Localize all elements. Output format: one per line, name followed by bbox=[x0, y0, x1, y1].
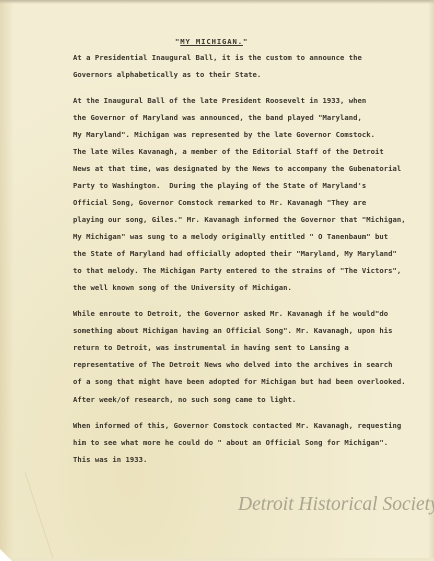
paragraph-2-line-1: At the Inaugural Ball of the late Presid… bbox=[73, 96, 366, 106]
paragraph-2-line-8: playing our song, Giles." Mr. Kavanagh i… bbox=[73, 215, 406, 225]
paragraph-2-line-7: Official Song, Governor Comstock remarke… bbox=[73, 198, 366, 208]
paragraph-2-line-12: the well known song of the University of… bbox=[73, 283, 292, 293]
paper-right-edge bbox=[428, 0, 434, 561]
title-text: MY MICHIGAN. bbox=[180, 37, 243, 46]
paragraph-4-line-1: When informed of this, Governor Comstock… bbox=[73, 421, 401, 431]
paragraph-2-line-6: Party to Washington. During the playing … bbox=[73, 181, 366, 191]
paragraph-3-line-3: return to Detroit, was instrumental in h… bbox=[73, 343, 349, 353]
paragraph-3-line-1: While enroute to Detroit, the Governor a… bbox=[73, 309, 388, 319]
document-page: "MY MICHIGAN." At a Presidential Inaugur… bbox=[0, 0, 434, 561]
paragraph-2-line-10: the State of Maryland had officially ado… bbox=[73, 249, 397, 259]
paragraph-2-line-5: News at that time, was designated by the… bbox=[73, 164, 401, 174]
paragraph-4-line-3: This was in 1933. bbox=[73, 455, 147, 465]
paragraph-2-line-4: The late Wiles Kavanagh, a member of the… bbox=[73, 147, 384, 157]
paragraph-4-line-2: him to see what more he could do " about… bbox=[73, 438, 388, 448]
paragraph-2-line-3: My Maryland". Michigan was represented b… bbox=[73, 130, 375, 140]
paper-fold-mark bbox=[25, 472, 57, 561]
paragraph-2-line-11: to that melody. The Michigan Party enter… bbox=[73, 266, 401, 276]
paper-torn-corner bbox=[0, 549, 12, 561]
paragraph-3-line-5: of a song that might have been adopted f… bbox=[73, 377, 406, 387]
paragraph-2-line-2: the Governor of Maryland was announced, … bbox=[73, 113, 362, 123]
paragraph-3-line-2: something about Michigan having an Offic… bbox=[73, 326, 393, 336]
paragraph-1-line-2: Governors alphabetically as to their Sta… bbox=[73, 70, 261, 80]
paragraph-3-line-4: representative of The Detroit News who d… bbox=[73, 360, 393, 370]
paragraph-2-line-9: My Michigan" was sung to a melody origin… bbox=[73, 232, 388, 242]
paragraph-3-line-6: After week/of research, no such song cam… bbox=[73, 395, 296, 405]
watermark-logo: Detroit Historical Society bbox=[238, 494, 434, 516]
title-close-quote: " bbox=[243, 37, 248, 46]
document-title: "MY MICHIGAN." bbox=[175, 37, 248, 46]
paragraph-1-line-1: At a Presidential Inaugural Ball, it is … bbox=[73, 53, 362, 63]
